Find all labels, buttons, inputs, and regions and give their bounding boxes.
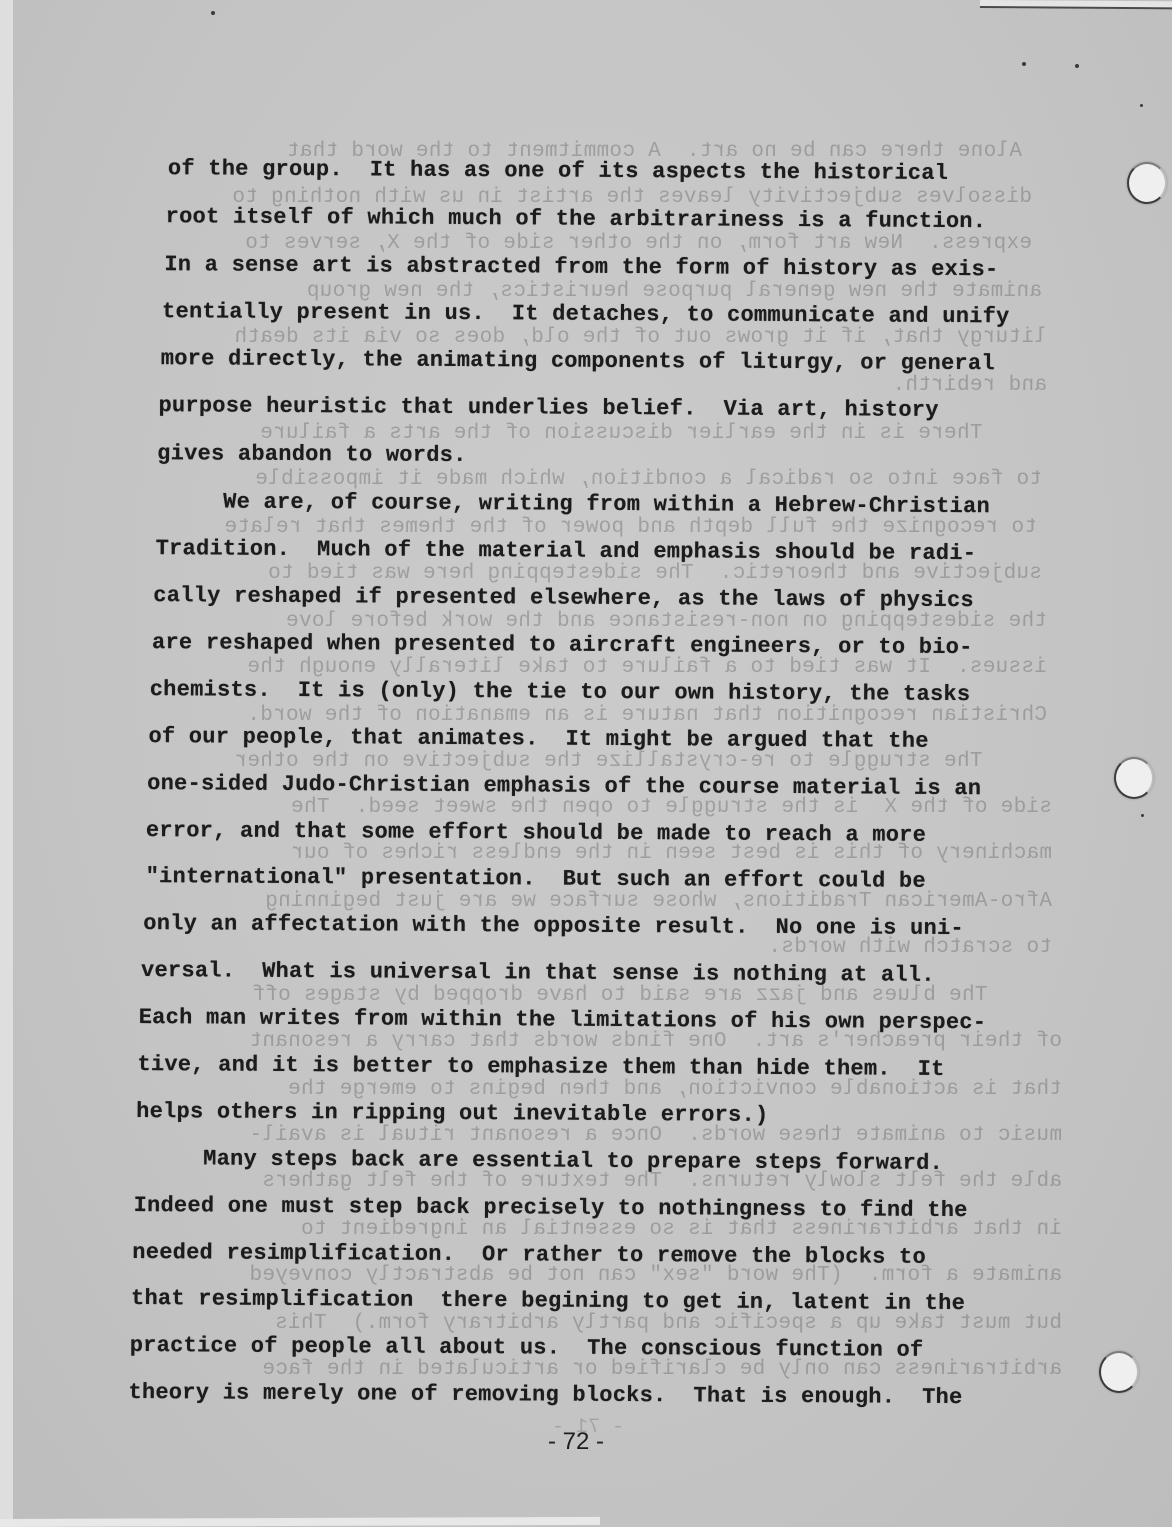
- text-line: Each man writes from within the limitati…: [139, 1005, 987, 1035]
- typewritten-body: of the group. It has as one of its aspec…: [0, 0, 1172, 1527]
- text-line: versal. What is universal in that sense …: [141, 958, 935, 988]
- text-line: of the group. It has as one of its aspec…: [168, 156, 948, 186]
- text-line: practice of people all about us. The con…: [130, 1333, 924, 1363]
- text-line: Indeed one must step back precisely to n…: [134, 1193, 968, 1223]
- text-line: helps others in ripping out inevitable e…: [136, 1099, 768, 1128]
- text-line: are reshaped when presented to aircraft …: [152, 630, 973, 660]
- text-line: In a sense art is abstracted from the fo…: [164, 252, 998, 282]
- text-line: of our people, that animates. It might b…: [148, 724, 928, 754]
- text-line: theory is merely one of removing blocks.…: [128, 1380, 962, 1410]
- text-line: "international" presentation. But such a…: [146, 864, 926, 894]
- text-line: only an affectation with the opposite re…: [143, 911, 964, 941]
- text-line: tentially present in us. It detaches, to…: [162, 299, 1010, 329]
- text-line: root itself of which much of the arbitra…: [166, 204, 987, 234]
- text-line: Tradition. Much of the material and emph…: [156, 536, 977, 566]
- text-line: chemists. It is (only) the tie to our ow…: [150, 677, 971, 707]
- text-line: gives abandon to words.: [157, 441, 467, 468]
- text-line: more directly, the animating components …: [161, 346, 995, 376]
- text-line: Many steps back are essential to prepare…: [136, 1146, 943, 1176]
- text-line: purpose heuristic that underlies belief.…: [158, 393, 938, 423]
- text-line: cally reshaped if presented elsewhere, a…: [153, 583, 974, 613]
- text-line: We are, of course, writing from within a…: [156, 489, 990, 519]
- text-line: error, and that some effort should be ma…: [146, 818, 926, 848]
- text-line: one-sided Judo-Christian emphasis of the…: [147, 771, 981, 801]
- page-number: - 72 -: [548, 1428, 604, 1456]
- text-line: tive, and it is better to emphasize them…: [137, 1052, 944, 1082]
- text-line: that resimplification there begining to …: [131, 1286, 965, 1316]
- text-line: needed resimplification. Or rather to re…: [132, 1240, 926, 1270]
